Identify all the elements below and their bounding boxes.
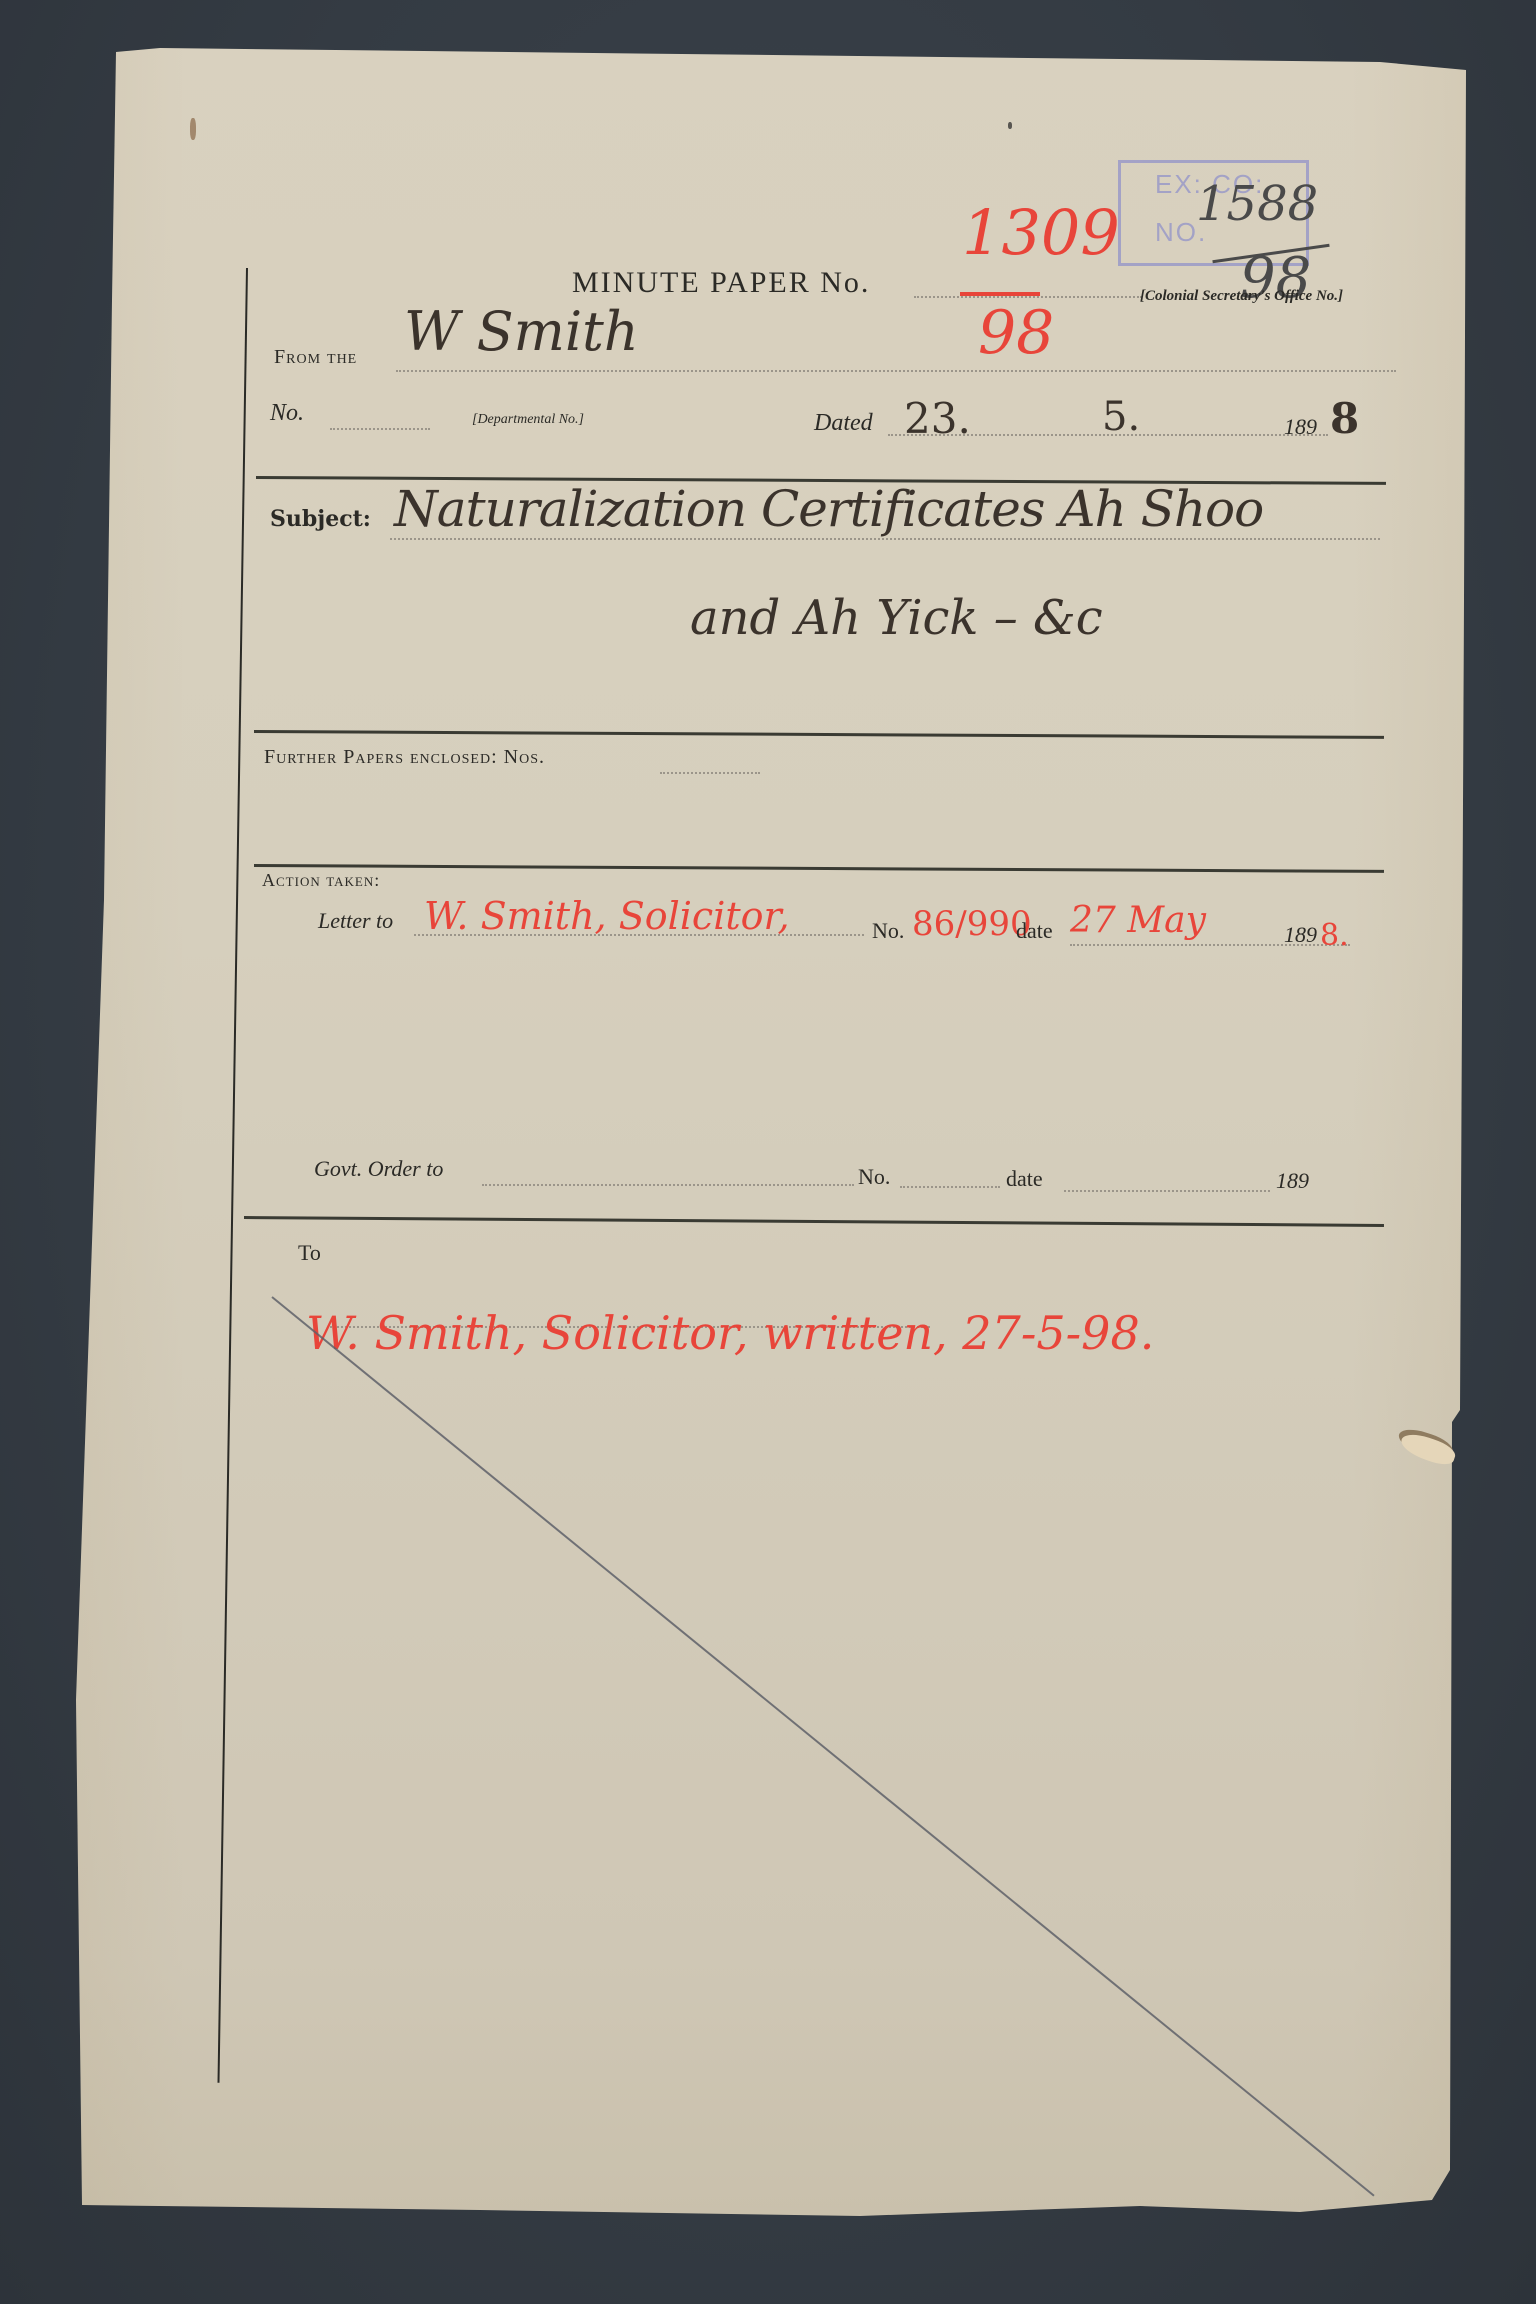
- govt-date-label: date: [1006, 1166, 1043, 1192]
- further-papers-label: Further Papers enclosed: Nos.: [264, 746, 545, 769]
- govt-order-label: Govt. Order to: [314, 1156, 443, 1182]
- govt-no-field[interactable]: [900, 1186, 1000, 1188]
- paper-edge-shading: [0, 0, 1536, 2304]
- letter-no-value: 86/990: [912, 904, 1032, 944]
- dated-year-prefix: 189: [1284, 414, 1317, 440]
- minute-paper-no-top: 1309: [962, 196, 1120, 269]
- from-label: From the: [274, 346, 357, 369]
- letter-date-label: date: [1016, 918, 1053, 944]
- ink-stain: [190, 118, 196, 140]
- departmental-label: [Departmental No.]: [472, 412, 584, 428]
- govt-year-prefix: 189: [1276, 1168, 1309, 1194]
- letter-date-value: 27 May: [1070, 900, 1206, 941]
- dated-day: 23.: [904, 394, 971, 443]
- letter-to-value: W. Smith, Solicitor,: [424, 894, 790, 938]
- ink-dot: [1008, 122, 1012, 129]
- subject-line2: and Ah Yick – &c: [690, 590, 1103, 646]
- subject-line1: Naturalization Certificates Ah Shoo: [394, 480, 1263, 538]
- minute-paper-no-bottom: 98: [978, 298, 1054, 368]
- minute-paper-title: MINUTE PAPER No.: [572, 266, 870, 300]
- subject-field[interactable]: [390, 538, 1380, 540]
- letter-year-prefix: 189: [1284, 922, 1317, 948]
- to-value: W. Smith, Solicitor, written, 27-5-98.: [306, 1306, 1154, 1360]
- subject-label: Subject:: [270, 506, 371, 532]
- colonial-office-label: [Colonial Secretary's Office No.]: [1140, 288, 1343, 305]
- from-field[interactable]: [396, 370, 1396, 372]
- govt-date-field[interactable]: [1064, 1190, 1270, 1192]
- from-value: W Smith: [404, 300, 639, 363]
- letter-to-label: Letter to: [318, 908, 393, 934]
- departmental-no-field[interactable]: [330, 428, 430, 430]
- letter-year-suffix: 8.: [1320, 918, 1349, 953]
- dated-label: Dated: [814, 410, 873, 437]
- action-taken-label: Action taken:: [262, 870, 380, 891]
- fraction-bar: [960, 292, 1040, 296]
- dated-month: 5.: [1102, 394, 1140, 440]
- govt-no-label: No.: [858, 1164, 890, 1190]
- letter-no-label: No.: [872, 918, 904, 944]
- to-label: To: [298, 1240, 321, 1266]
- govt-order-field[interactable]: [482, 1184, 854, 1186]
- dated-year-suffix: 8: [1330, 394, 1359, 443]
- further-papers-field[interactable]: [660, 772, 760, 774]
- stamp-number: 1588: [1196, 176, 1318, 232]
- no-label: No.: [270, 400, 304, 427]
